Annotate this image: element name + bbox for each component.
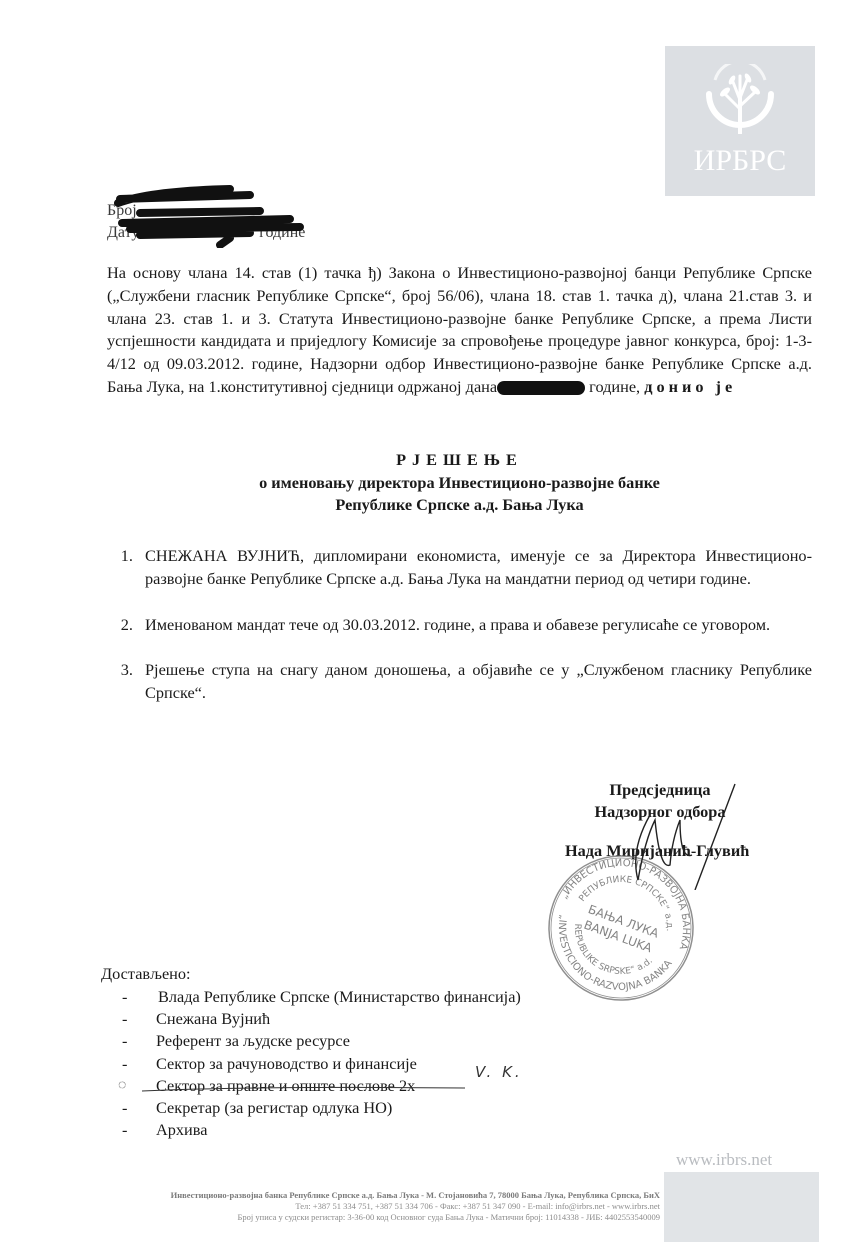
decision-item: 2.Именованом мандат тече од 30.03.2012. … — [107, 614, 812, 637]
title-main: РЈЕШЕЊЕ — [107, 449, 812, 472]
logo-text: ИРБРС — [665, 144, 815, 178]
title-subject-2: Републике Српске а.д. Бања Лука — [107, 494, 812, 517]
bank-logo: ИРБРС — [665, 46, 815, 196]
delivered-item: -Влада Републике Српске (Министарство фи… — [118, 986, 521, 1008]
footer-website: www.irbrs.net — [676, 1150, 772, 1170]
delivered-item: -Архива — [118, 1119, 521, 1141]
delivered-item: -Референт за људске ресурсе — [118, 1030, 521, 1052]
decision-items: 1.СНЕЖАНА ВУЈНИЋ, дипломирани економиста… — [107, 545, 812, 728]
delivered-item: -Снежана Вујнић — [118, 1008, 521, 1030]
decision-item: 1.СНЕЖАНА ВУЈНИЋ, дипломирани економиста… — [107, 545, 812, 591]
delivered-label: Достављено: — [101, 963, 191, 985]
decision-title: РЈЕШЕЊЕ о именовању директора Инвестицио… — [107, 449, 812, 517]
redaction-scribble — [110, 183, 310, 248]
footer-decoration — [664, 1172, 819, 1242]
handwritten-mark-icon: ◌ — [118, 1075, 126, 1097]
redacted-date — [497, 381, 585, 395]
delivered-list: -Влада Републике Српске (Министарство фи… — [118, 986, 521, 1141]
tree-in-circle-icon — [695, 64, 785, 144]
footer-contact: Инвестиционо-развојна банка Републике Ср… — [90, 1190, 660, 1223]
intro-paragraph: На основу члана 14. став (1) тачка ђ) За… — [107, 262, 812, 399]
handwritten-signature — [600, 780, 740, 890]
handwritten-underline — [140, 1085, 470, 1093]
delivered-item: -Секретар (за регистар одлука НО) — [118, 1097, 521, 1119]
delivered-item: -Сектор за рачуноводство и финансије — [118, 1053, 521, 1075]
handwritten-note: V. K. — [475, 1063, 523, 1081]
title-subject: о именовању директора Инвестиционо-разво… — [107, 472, 812, 495]
enacted-phrase: донио је — [644, 377, 736, 396]
decision-item: 3.Рјешење ступа на снагу даном доношења,… — [107, 659, 812, 705]
